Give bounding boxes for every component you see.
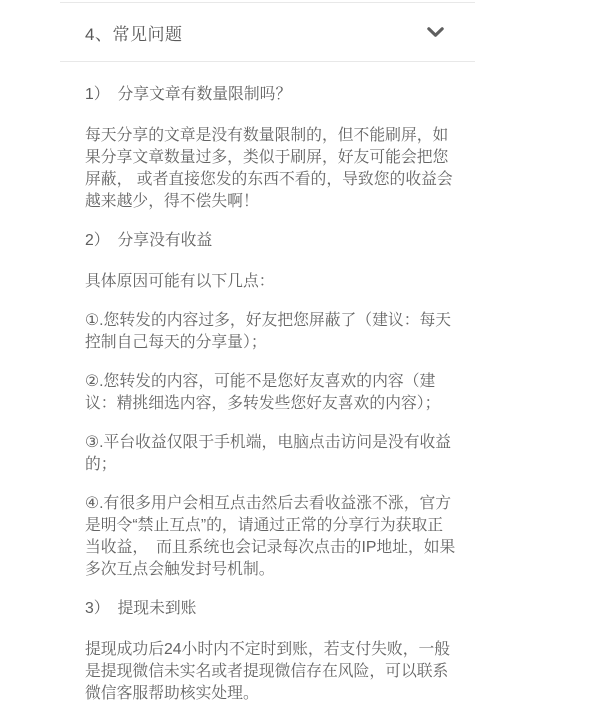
faq-answer-paragraph: ④.有很多用户会相互点击然后去看收益涨不涨，官方 是明令“禁止互点”的，请通过正… [85, 493, 463, 581]
faq-section-title: 4、常见问题 [85, 20, 182, 45]
faq-answer-paragraph: ③.平台收益仅限于手机端，电脑点击访问是没有收益 的； [85, 432, 463, 476]
faq-section-header[interactable]: 4、常见问题 [60, 2, 475, 62]
faq-answer-paragraph: 每天分享的文章是没有数量限制的，但不能刷屏，如 果分享文章数量过多，类似于刷屏，… [85, 125, 463, 213]
faq-answer-paragraph: 提现成功后24小时内不定时到账，若支付失败，一般 是提现微信未实名或者提现微信存… [85, 639, 463, 705]
faq-content: 1） 分享文章有数量限制吗？ 每天分享的文章是没有数量限制的，但不能刷屏，如 果… [60, 62, 475, 705]
faq-panel: 4、常见问题 1） 分享文章有数量限制吗？ 每天分享的文章是没有数量限制的，但不… [60, 2, 475, 705]
faq-question-3: 3） 提现未到账 [85, 598, 463, 620]
faq-answer-paragraph: ②.您转发的内容，可能不是您好友喜欢的内容（建 议：精挑细选内容，多转发些您好友… [85, 371, 463, 415]
faq-question-2: 2） 分享没有收益 [85, 230, 463, 252]
faq-answer-paragraph: ①.您转发的内容过多，好友把您屏蔽了（建议：每天 控制自己每天的分享量）； [85, 310, 463, 354]
faq-answer-paragraph: 具体原因可能有以下几点： [85, 271, 463, 293]
chevron-down-icon[interactable] [427, 27, 444, 38]
faq-question-1: 1） 分享文章有数量限制吗？ [85, 84, 463, 106]
